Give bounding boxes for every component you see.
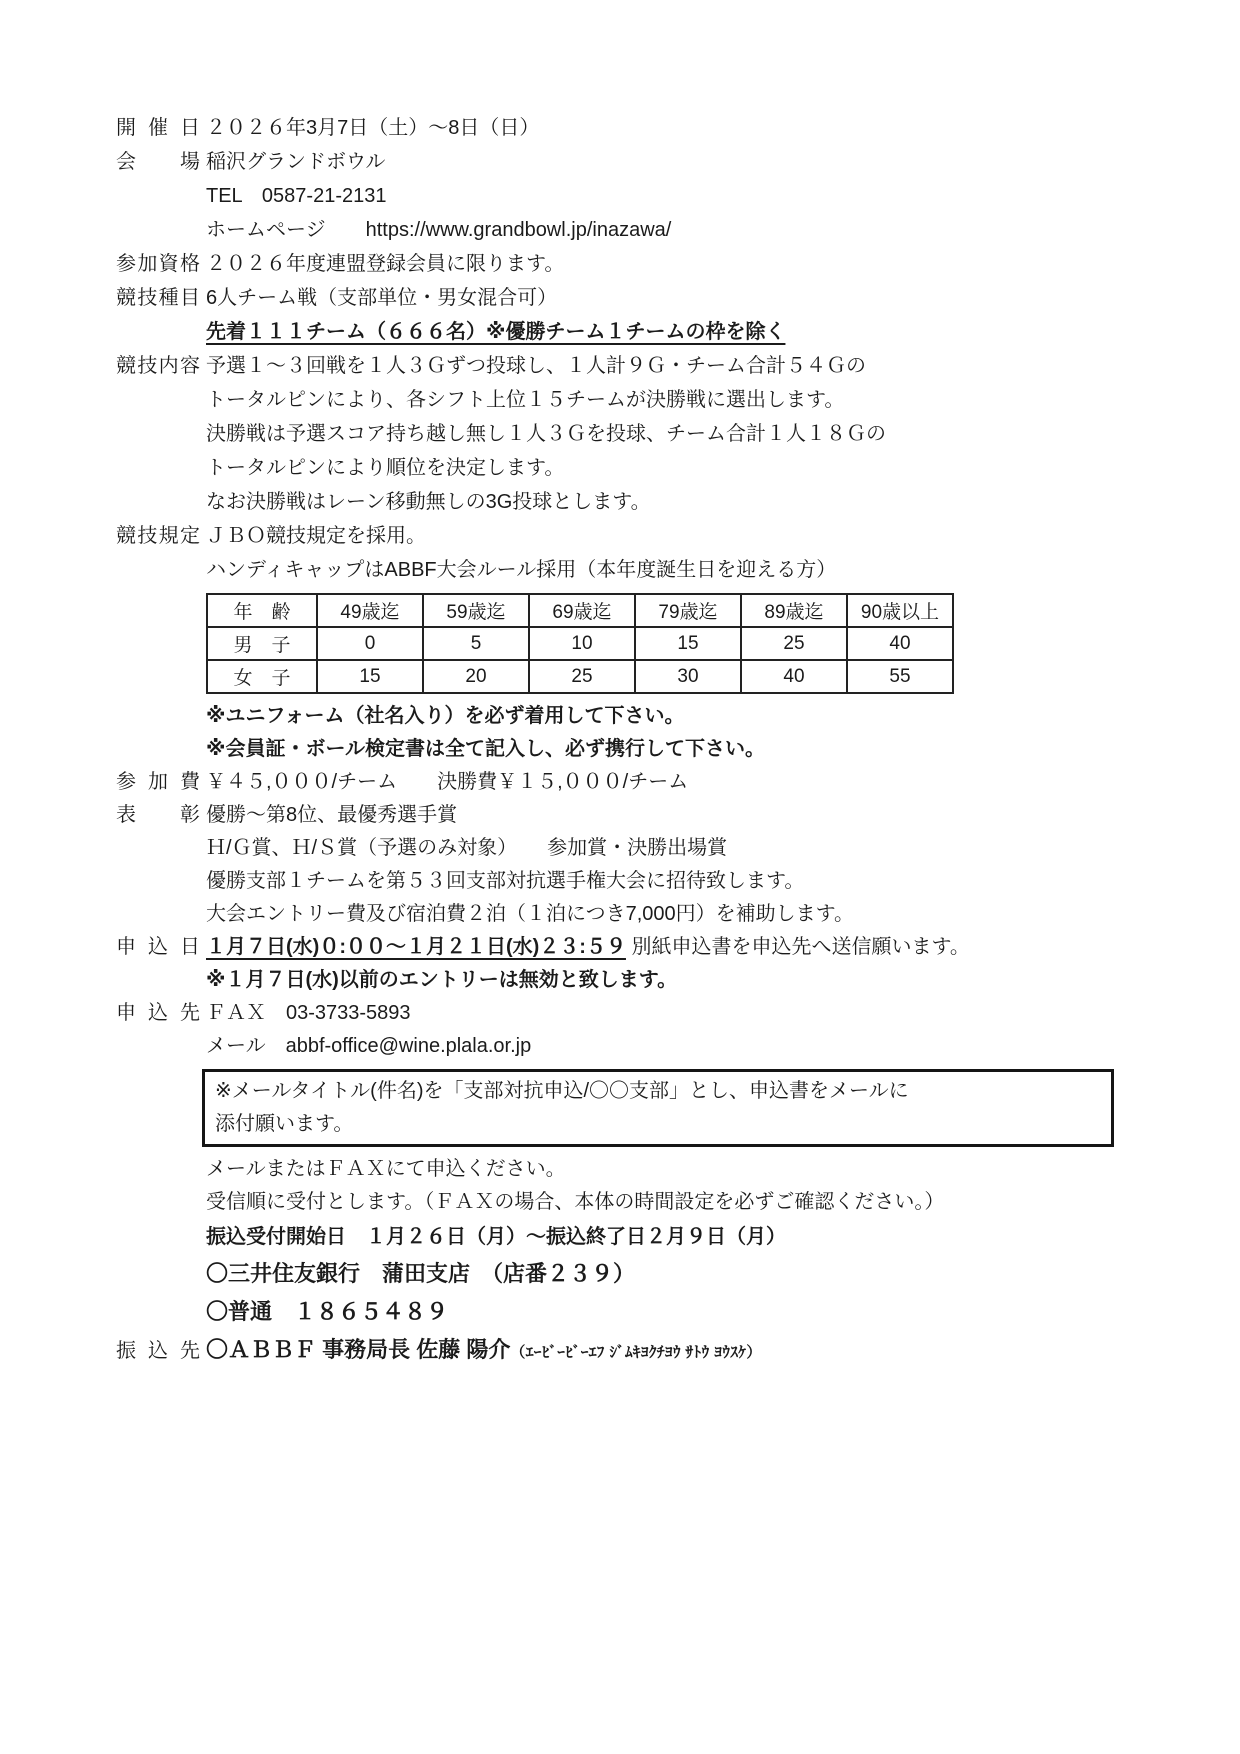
- handicap-note-text: ハンディキャップはABBF大会ルール採用（本年度誕生日を迎える方）: [206, 559, 836, 581]
- table-header-cell: 79歳迄: [635, 594, 741, 627]
- line-entry-fee: 参加費￥４５,０００/チーム 決勝費￥１５,０００/チーム: [116, 766, 1200, 799]
- table-header-cell: 69歳迄: [529, 594, 635, 627]
- field-label-event-type: 競技種目: [116, 281, 200, 315]
- field-label-competition-detail: 競技内容: [116, 349, 200, 383]
- transfer-period-text: 振込受付開始日 １月２６日（月）～振込終了日２月９日（月）: [206, 1226, 786, 1248]
- bank-branch-text: 〇三井住友銀行 蒲田支店 （店番２３９）: [206, 1261, 635, 1286]
- mail-subject-note-line-2: 添付願います。: [215, 1108, 1111, 1141]
- application-period-value: １月７日(水)０:００～１月２１日(水)２３:５９: [206, 936, 626, 958]
- field-label-application-date: 申込日: [116, 931, 200, 964]
- line-awards-2: Ｈ/Ｇ賞、Ｈ/Ｓ賞（予選のみ対象） 参加賞・決勝出場賞: [116, 832, 1200, 865]
- table-cell: 0: [317, 627, 423, 660]
- table-cell: 20: [423, 660, 529, 693]
- line-transfer-period: 振込受付開始日 １月２６日（月）～振込終了日２月９日（月）: [116, 1219, 1200, 1255]
- awards-text-4: 大会エントリー費及び宿泊費２泊（１泊につき7,000円）を補助します。: [206, 903, 854, 925]
- table-cell: 15: [635, 627, 741, 660]
- table-cell: 40: [741, 660, 847, 693]
- entry-limit-value: 先着１１１チーム（６６６名）※優勝チーム１チームの枠を除く: [206, 321, 785, 343]
- application-period-note: 別紙申込書を申込先へ送信願います。: [626, 936, 970, 958]
- event-date-value: ２０２６年3月7日（土）～8日（日）: [206, 117, 539, 139]
- line-application-period: 申込日１月７日(水)０:００～１月２１日(水)２３:５９ 別紙申込書を申込先へ送…: [116, 931, 1200, 964]
- venue-tel-value: TEL 0587-21-2131: [206, 185, 387, 207]
- field-label-awards: 表彰: [116, 799, 200, 832]
- table-header-cell: 89歳迄: [741, 594, 847, 627]
- payee-name-kana: （ｴｰﾋﾞｰﾋﾞｰｴﾌ ｼﾞﾑｷﾖｸﾁﾖｳ ｻﾄｳ ﾖｳｽｹ）: [510, 1344, 762, 1361]
- mail-subject-note-box: ※メールタイトル(件名)を「支部対抗申込/〇〇支部」とし、申込書をメールに 添付…: [202, 1069, 1114, 1147]
- line-handicap-note: ハンディキャップはABBF大会ルール採用（本年度誕生日を迎える方）: [116, 553, 1200, 587]
- table-header-cell: 90歳以上: [847, 594, 953, 627]
- handicap-table: 年 齢 49歳迄 59歳迄 69歳迄 79歳迄 89歳迄 90歳以上 男 子 0…: [206, 593, 954, 694]
- line-competition-detail-5: なお決勝戦はレーン移動無しの3G投球とします。: [116, 485, 1200, 519]
- table-header-cell: 49歳迄: [317, 594, 423, 627]
- field-label-event-date: 開催日: [116, 111, 200, 145]
- line-awards-1: 表彰優勝～第8位、最優秀選手賞: [116, 799, 1200, 832]
- line-competition-detail-1: 競技内容予選１～３回戦を１人３Ｇずつ投球し、１人計９Ｇ・チーム合計５４Ｇの: [116, 349, 1200, 383]
- line-entry-limit: 先着１１１チーム（６６６名）※優勝チーム１チームの枠を除く: [116, 315, 1200, 349]
- line-uniform-note: ※ユニフォーム（社名入り）を必ず着用して下さい。: [116, 700, 1200, 733]
- table-cell: 30: [635, 660, 741, 693]
- competition-detail-text-5: なお決勝戦はレーン移動無しの3G投球とします。: [206, 491, 651, 513]
- handicap-table-men-row: 男 子 0 5 10 15 25 40: [207, 627, 953, 660]
- notice-body: 開催日２０２６年3月7日（土）～8日（日） 会場稲沢グランドボウル TEL 05…: [0, 0, 1240, 1372]
- line-competition-detail-2: トータルピンにより、各シフト上位１５チームが決勝戦に選出します。: [116, 383, 1200, 417]
- line-bank-branch: 〇三井住友銀行 蒲田支店 （店番２３９）: [116, 1255, 1200, 1293]
- table-cell: 25: [529, 660, 635, 693]
- field-label-application-to: 申込先: [116, 997, 200, 1030]
- table-cell: 40: [847, 627, 953, 660]
- line-competition-detail-4: トータルピンにより順位を決定します。: [116, 451, 1200, 485]
- field-label-eligibility: 参加資格: [116, 247, 200, 281]
- application-email-value: メール abbf-office@wine.plala.or.jp: [206, 1035, 531, 1057]
- table-cell: 25: [741, 627, 847, 660]
- handicap-table-header-row: 年 齢 49歳迄 59歳迄 69歳迄 79歳迄 89歳迄 90歳以上: [207, 594, 953, 627]
- line-venue: 会場稲沢グランドボウル: [116, 145, 1200, 179]
- rules-value: ＪＢＯ競技規定を採用。: [206, 525, 426, 547]
- line-apply-method: メールまたはＦＡＸにて申込ください。: [116, 1153, 1200, 1186]
- uniform-note-text: ※ユニフォーム（社名入り）を必ず着用して下さい。: [206, 705, 684, 727]
- mail-subject-note-line-1: ※メールタイトル(件名)を「支部対抗申込/〇〇支部」とし、申込書をメールに: [215, 1075, 1111, 1108]
- line-receive-order-note: 受信順に受付とします。（ＦＡＸの場合、本体の時間設定を必ずご確認ください。）: [116, 1186, 1200, 1219]
- line-rules: 競技規定ＪＢＯ競技規定を採用。: [116, 519, 1200, 553]
- tournament-notice-page: 開催日２０２６年3月7日（土）～8日（日） 会場稲沢グランドボウル TEL 05…: [0, 0, 1240, 1754]
- line-event-type: 競技種目6人チーム戦（支部単位・男女混合可）: [116, 281, 1200, 315]
- line-bank-account-number: 〇普通 １８６５４８９: [116, 1293, 1200, 1331]
- table-cell: 女 子: [207, 660, 317, 693]
- field-label-rules: 競技規定: [116, 519, 200, 553]
- competition-detail-text-1: 予選１～３回戦を１人３Ｇずつ投球し、１人計９Ｇ・チーム合計５４Ｇの: [206, 355, 866, 377]
- venue-value: 稲沢グランドボウル: [206, 151, 385, 173]
- line-competition-detail-3: 決勝戦は予選スコア持ち越し無し１人３Ｇを投球、チーム合計１人１８Ｇの: [116, 417, 1200, 451]
- line-venue-homepage: ホームページ https://www.grandbowl.jp/inazawa/: [116, 213, 1200, 247]
- awards-text-3: 優勝支部１チームを第５３回支部対抗選手権大会に招待致します。: [206, 870, 804, 892]
- payee-name-text: 〇ＡＢＢＦ 事務局長 佐藤 陽介: [206, 1337, 510, 1362]
- receive-order-text: 受信順に受付とします。（ＦＡＸの場合、本体の時間設定を必ずご確認ください。）: [206, 1191, 944, 1213]
- bank-account-number-text: 〇普通 １８６５４８９: [206, 1299, 448, 1324]
- apply-method-text: メールまたはＦＡＸにて申込ください。: [206, 1158, 566, 1180]
- line-event-date: 開催日２０２６年3月7日（土）～8日（日）: [116, 111, 1200, 145]
- table-cell: 男 子: [207, 627, 317, 660]
- awards-text-1: 優勝～第8位、最優秀選手賞: [206, 804, 457, 826]
- eligibility-value: ２０２６年度連盟登録会員に限ります。: [206, 253, 564, 275]
- line-application-email: メール abbf-office@wine.plala.or.jp: [116, 1030, 1200, 1063]
- application-fax-value: ＦＡＸ 03-3733-5893: [206, 1002, 411, 1024]
- line-payee: 振込先〇ＡＢＢＦ 事務局長 佐藤 陽介（ｴｰﾋﾞｰﾋﾞｰｴﾌ ｼﾞﾑｷﾖｸﾁﾖｳ…: [116, 1331, 1200, 1372]
- early-entry-invalid-text: ※１月７日(水)以前のエントリーは無効と致します。: [206, 969, 677, 991]
- competition-detail-text-3: 決勝戦は予選スコア持ち越し無し１人３Ｇを投球、チーム合計１人１８Ｇの: [206, 423, 886, 445]
- venue-homepage-url: ホームページ https://www.grandbowl.jp/inazawa/: [206, 219, 671, 241]
- event-type-value: 6人チーム戦（支部単位・男女混合可）: [206, 287, 557, 309]
- line-application-fax: 申込先ＦＡＸ 03-3733-5893: [116, 997, 1200, 1030]
- table-cell: 55: [847, 660, 953, 693]
- line-awards-3: 優勝支部１チームを第５３回支部対抗選手権大会に招待致します。: [116, 865, 1200, 898]
- field-label-payee: 振込先: [116, 1332, 200, 1370]
- handicap-table-women-row: 女 子 15 20 25 30 40 55: [207, 660, 953, 693]
- field-label-venue: 会場: [116, 145, 200, 179]
- table-header-cell: 59歳迄: [423, 594, 529, 627]
- line-awards-4: 大会エントリー費及び宿泊費２泊（１泊につき7,000円）を補助します。: [116, 898, 1200, 931]
- line-venue-tel: TEL 0587-21-2131: [116, 179, 1200, 213]
- competition-detail-text-4: トータルピンにより順位を決定します。: [206, 457, 564, 479]
- line-membership-card-note: ※会員証・ボール検定書は全て記入し、必ず携行して下さい。: [116, 733, 1200, 766]
- table-cell: 15: [317, 660, 423, 693]
- table-header-cell: 年 齢: [207, 594, 317, 627]
- table-cell: 5: [423, 627, 529, 660]
- field-label-entry-fee: 参加費: [116, 766, 200, 799]
- line-eligibility: 参加資格２０２６年度連盟登録会員に限ります。: [116, 247, 1200, 281]
- entry-fee-value: ￥４５,０００/チーム 決勝費￥１５,０００/チーム: [206, 771, 688, 793]
- table-cell: 10: [529, 627, 635, 660]
- awards-text-2: Ｈ/Ｇ賞、Ｈ/Ｓ賞（予選のみ対象） 参加賞・決勝出場賞: [206, 837, 727, 859]
- competition-detail-text-2: トータルピンにより、各シフト上位１５チームが決勝戦に選出します。: [206, 389, 844, 411]
- line-early-entry-invalid-note: ※１月７日(水)以前のエントリーは無効と致します。: [116, 964, 1200, 997]
- membership-card-note-text: ※会員証・ボール検定書は全て記入し、必ず携行して下さい。: [206, 738, 765, 760]
